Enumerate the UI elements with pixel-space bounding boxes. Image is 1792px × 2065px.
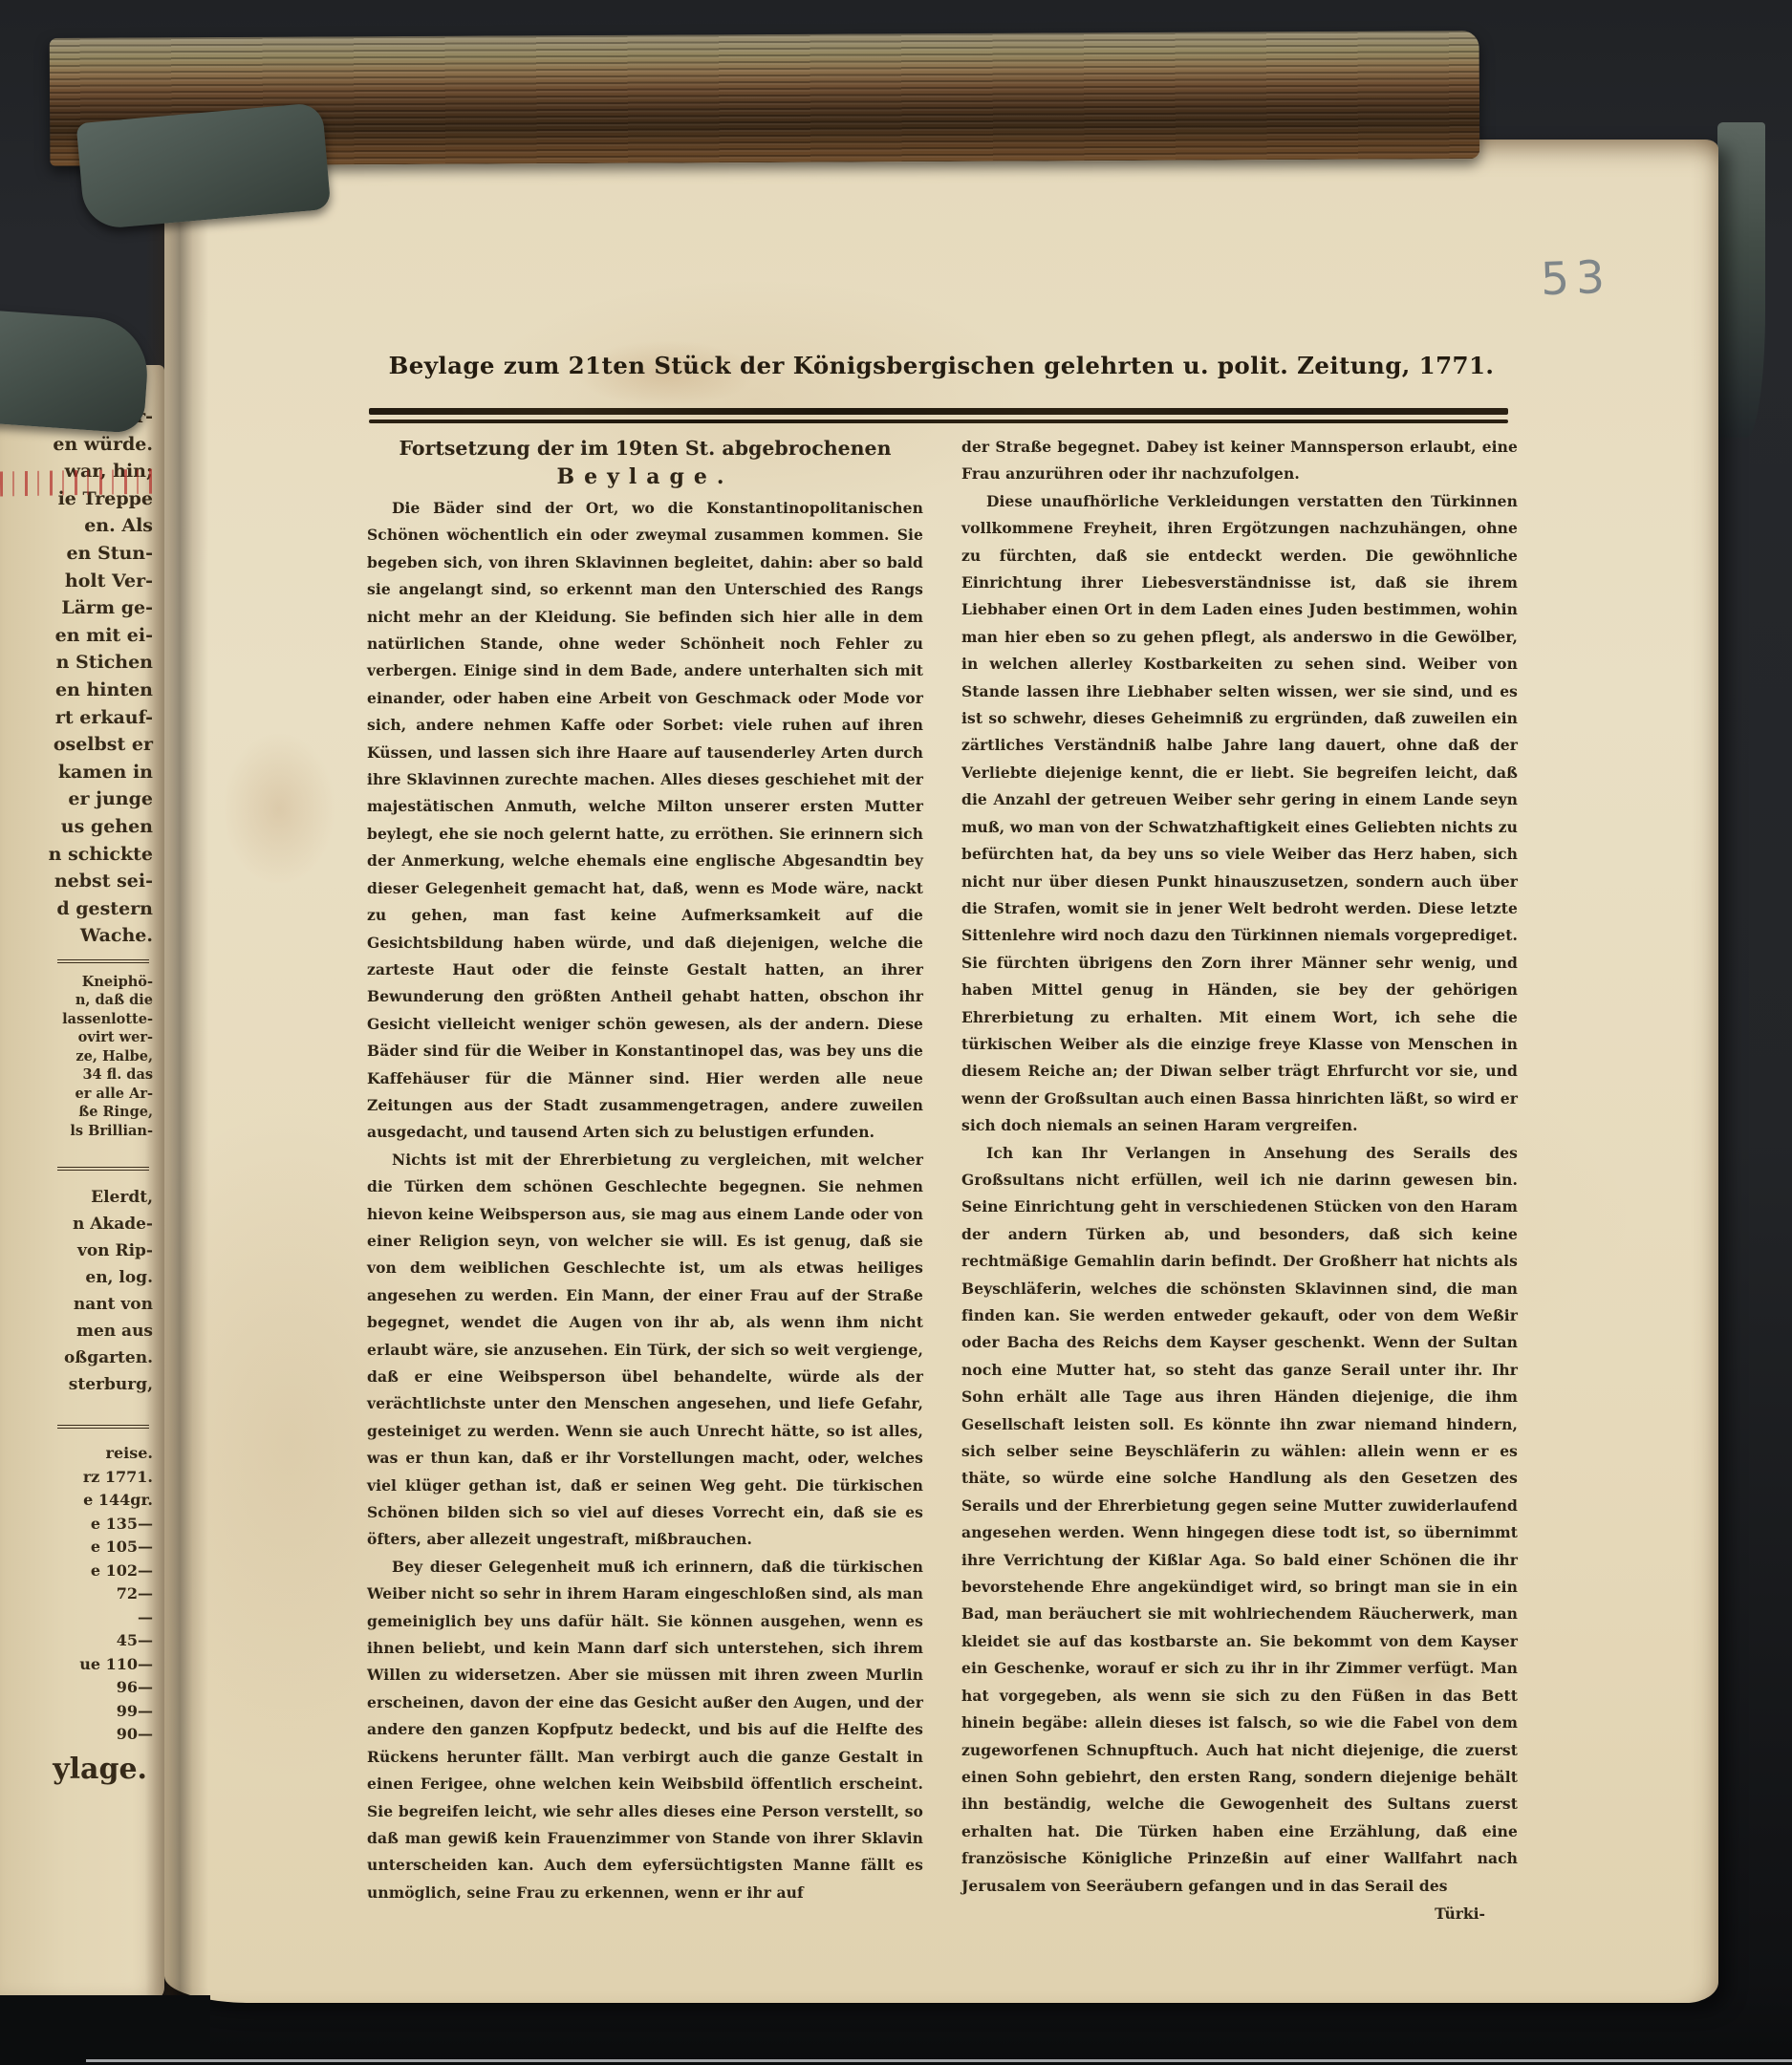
margin-fragment-group-3: Elerdt,n Akade-von Rip-en, log.nant vonm… (64, 1184, 153, 1398)
margin-fragment-line: n Akade- (73, 1211, 153, 1237)
continuation-heading-line2: Beylage. (367, 462, 923, 491)
paragraph: Nichts ist mit der Ehrerbietung zu vergl… (367, 1147, 923, 1554)
paragraph: Die Bäder sind der Ort, wo die Konstanti… (367, 495, 923, 1147)
page-53: 53 Beylage zum 21ten Stück der Königsber… (164, 140, 1718, 2003)
margin-fragment-line: n schickte (49, 841, 153, 869)
margin-fragment-line: oselbst er (54, 731, 153, 759)
margin-fragment-beylage: ylage. (53, 1753, 153, 1786)
margin-fragment-line: e 135— (91, 1513, 153, 1537)
continuation-heading-line1: Fortsetzung der im 19ten St. abgebrochen… (367, 434, 923, 462)
margin-fragment-line: Kneiphö- (82, 973, 153, 992)
margin-fragment-line: 90— (117, 1723, 153, 1747)
divider-rule-thin (369, 419, 1508, 423)
margin-fragment-line: holt Ver- (65, 568, 153, 595)
margin-fragment-line: ls Brillian- (70, 1122, 153, 1141)
margin-fragment-line: — (138, 1606, 153, 1630)
margin-fragment-line: e 144gr. (83, 1489, 153, 1513)
margin-fragment-line: er junge (68, 785, 153, 813)
margin-fragment-line: Wache. (80, 922, 153, 950)
scanner-edge-line (86, 2059, 1792, 2062)
margin-fragment-group-2: Kneiphö-n, daß dielassenlotte-ovirt wer-… (62, 973, 153, 1141)
margin-rule (57, 959, 149, 963)
margin-fragment-line: en mit ei- (55, 622, 153, 650)
margin-fragment-line: sterburg, (69, 1371, 153, 1398)
margin-fragment-line: nebst sei- (54, 868, 153, 895)
text-columns: Fortsetzung der im 19ten St. abgebrochen… (367, 434, 1518, 1928)
red-edge-marks (0, 469, 161, 497)
margin-fragment-line: 34 fl. das (82, 1065, 153, 1085)
divider-rule-thick (369, 408, 1508, 415)
margin-fragment-line: ße Ringe, (78, 1103, 153, 1122)
margin-fragment-line: lassenlotte- (62, 1010, 153, 1029)
margin-fragment-line: e 105— (91, 1536, 153, 1560)
margin-fragment-line: e 102— (91, 1560, 153, 1583)
catchword: Türki- (961, 1900, 1518, 1928)
margin-fragment-line: kamen in (58, 759, 153, 786)
margin-fragment-line: ovirt wer- (78, 1028, 153, 1047)
margin-fragment-line: rt erkauf- (55, 704, 153, 732)
margin-fragment-line: 45— (117, 1629, 153, 1653)
paragraph: Ich kan Ihr Verlangen in Ansehung des Se… (961, 1140, 1518, 1900)
paragraph: der Straße begegnet. Dabey ist keiner Ma… (961, 434, 1518, 488)
margin-fragment-line: oßgarten. (64, 1344, 153, 1371)
continuation-heading: Fortsetzung der im 19ten St. abgebrochen… (367, 434, 923, 491)
margin-fragment-line: 99— (117, 1700, 153, 1724)
margin-fragment-line: 72— (117, 1582, 153, 1606)
margin-fragment-line: n Stichen (56, 649, 153, 677)
margin-fragment-line: us gehen (61, 813, 153, 841)
margin-rule (57, 1425, 149, 1429)
margin-fragment-line: von Rip- (77, 1237, 153, 1264)
margin-fragment-line: en, log. (85, 1264, 153, 1291)
scan-shadow-bottom-left (0, 1995, 210, 2065)
margin-fragment-line: nant von (74, 1291, 153, 1318)
masthead-title: Beylage zum 21ten Stück der Königsbergis… (279, 352, 1604, 379)
margin-fragment-line: d gestern (56, 895, 153, 923)
book-cover-corner-left (0, 310, 151, 434)
margin-fragment-line: Lärm ge- (61, 594, 153, 622)
right-column: der Straße begegnet. Dabey ist keiner Ma… (961, 434, 1518, 1928)
handwritten-page-number: 53 (1540, 251, 1612, 307)
paragraph: Bey dieser Gelegenheit muß ich erinnern,… (367, 1554, 923, 1906)
margin-fragment-line: er alle Ar- (75, 1085, 153, 1104)
margin-fragment-line: men aus (76, 1318, 153, 1344)
margin-fragment-line: reise. (106, 1442, 153, 1466)
margin-fragment-line: en Stun- (66, 540, 153, 568)
margin-fragment-group-4: reise.rz 1771.e 144gr.e 135—e 105—e 102—… (79, 1442, 153, 1747)
margin-fragment-line: en würde. (53, 431, 153, 459)
margin-fragment-line: n, daß die (76, 991, 153, 1010)
margin-fragment-line: Elerdt, (91, 1184, 153, 1211)
paper-stain (222, 732, 336, 885)
margin-fragment-line: en hinten (55, 677, 153, 704)
paragraph: Diese unaufhörliche Verkleidungen versta… (961, 488, 1518, 1140)
margin-fragment-line: 96— (117, 1676, 153, 1700)
previous-page-strip: n den Car-en würde.war, hin;ie Treppeen.… (0, 365, 164, 2001)
scanned-book-page: n den Car-en würde.war, hin;ie Treppeen.… (0, 0, 1792, 2065)
left-column: Fortsetzung der im 19ten St. abgebrochen… (367, 434, 923, 1928)
book-cover-edge-right (1717, 122, 1765, 438)
margin-fragment-line: ue 110— (79, 1653, 153, 1677)
margin-fragment-line: rz 1771. (83, 1466, 153, 1490)
margin-rule (57, 1167, 149, 1171)
margin-fragment-line: ze, Halbe, (76, 1047, 153, 1066)
masthead-divider (369, 408, 1508, 423)
margin-fragment-line: en. Als (84, 512, 153, 540)
book-cover-corner-top-left (76, 102, 332, 230)
